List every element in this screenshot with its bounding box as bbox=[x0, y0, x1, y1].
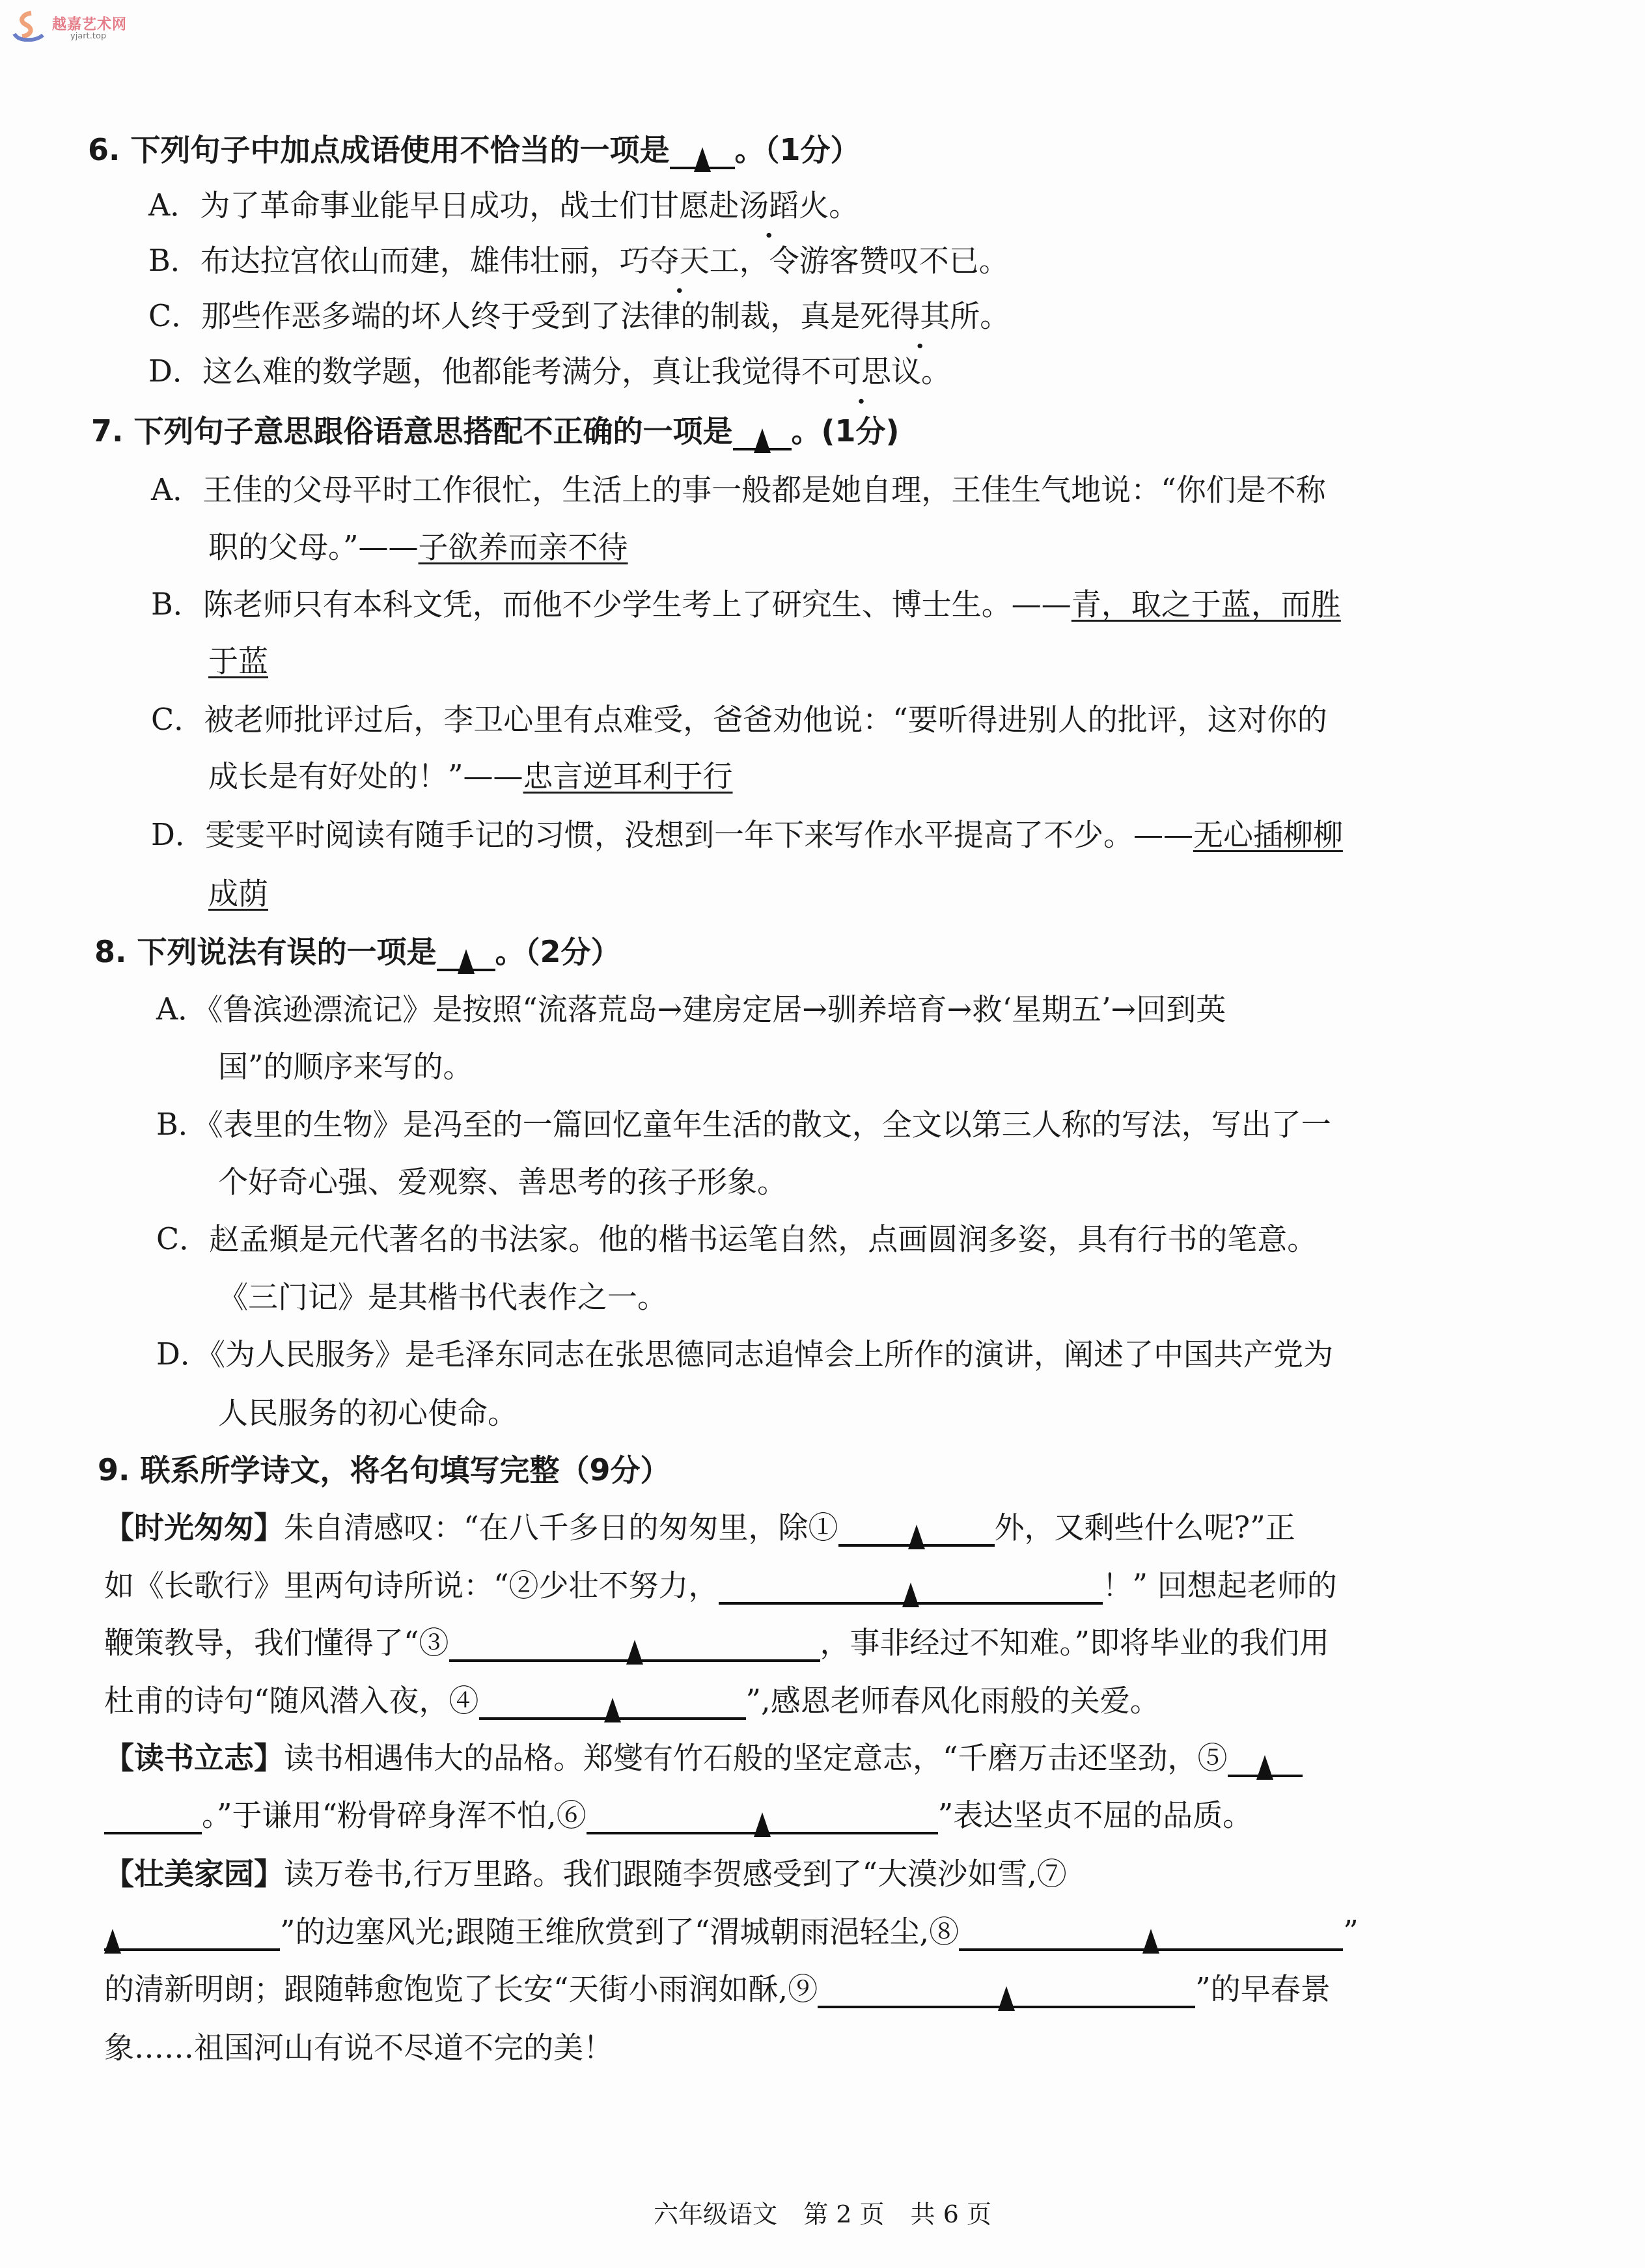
q6-option-b: B．布达拉宫依山而建，雄伟壮丽，巧夺天工，令游客赞叹不已。 bbox=[148, 241, 1009, 280]
dotted-idiom: 巧夺天工 bbox=[620, 243, 740, 278]
triangle-marker-icon bbox=[458, 949, 475, 974]
proverb: 青，取之于蓝，而胜 bbox=[1071, 587, 1341, 622]
fill-blank-9[interactable] bbox=[818, 1973, 1195, 2008]
footer-page: 第 2 页 bbox=[803, 2200, 884, 2228]
proverb: 无心插柳柳 bbox=[1193, 817, 1343, 852]
triangle-marker-icon bbox=[908, 1525, 925, 1549]
triangle-marker-icon bbox=[694, 147, 711, 172]
answer-blank[interactable] bbox=[670, 134, 735, 169]
footer-total: 共 6 页 bbox=[911, 2200, 991, 2228]
proverb: 成荫 bbox=[208, 876, 268, 911]
fill-blank-4[interactable] bbox=[479, 1685, 746, 1720]
q8-option-b-line2: 个好奇心强、爱观察、善思考的孩子形象。 bbox=[218, 1162, 787, 1201]
dotted-idiom: 死得其所 bbox=[860, 298, 980, 333]
q7-option-b-line1: B．陈老师只有本科文凭，而他不少学生考上了研究生、博士生。——青，取之于蓝，而胜 bbox=[151, 585, 1341, 624]
fill-blank-8[interactable] bbox=[959, 1916, 1343, 1951]
q9-p2-line1: 【读书立志】读书相遇伟大的品格。郑燮有竹石般的坚定意志，“千磨万击还坚劲，⑤ bbox=[104, 1738, 1303, 1777]
watermark-url: yjart.top bbox=[70, 31, 106, 41]
q8-option-d-line2: 人民服务的初心使命。 bbox=[218, 1393, 518, 1432]
q7-option-c-line2: 成长是有好处的！”——忠言逆耳利于行 bbox=[208, 756, 733, 795]
q7-option-b-line2: 于蓝 bbox=[208, 641, 268, 680]
q9-p3-line4: 象……祖国河山有说不尽道不完的美！ bbox=[104, 2028, 613, 2067]
q8-option-b-line1: B．《表里的生物》是冯至的一篇回忆童年生活的散文，全文以第三人称的写法，写出了一 bbox=[156, 1105, 1331, 1144]
fill-blank-5[interactable] bbox=[1228, 1742, 1303, 1777]
page-footer: 六年级语文 第 2 页 共 6 页 bbox=[0, 2194, 1645, 2230]
fill-blank-3[interactable] bbox=[449, 1627, 820, 1662]
q9-p1-line3: 鞭策教导，我们懂得了“③，事非经过不知难。”即将毕业的我们用 bbox=[104, 1623, 1329, 1662]
q7-stem: 7. 下列句子意思跟俗语意思搭配不正确的一项是。(1分) bbox=[91, 411, 900, 450]
triangle-marker-icon bbox=[754, 428, 771, 453]
fill-blank-2[interactable] bbox=[719, 1570, 1103, 1605]
q9-p1-line2: 如《长歌行》里两句诗所说：“②少壮不努力，！” 回想起老师的 bbox=[104, 1566, 1337, 1605]
answer-blank[interactable] bbox=[733, 415, 792, 450]
fill-blank-5-cont[interactable] bbox=[104, 1799, 202, 1834]
q8-option-c-line2: 《三门记》是其楷书代表作之一。 bbox=[218, 1277, 667, 1316]
watermark-title: 越嘉艺术网 bbox=[52, 13, 127, 33]
watermark: 越嘉艺术网 yjart.top bbox=[7, 5, 150, 44]
triangle-marker-icon bbox=[604, 1698, 621, 1722]
q7-option-a-line2: 职的父母。”——子欲养而亲不待 bbox=[208, 527, 628, 566]
proverb: 子欲养而亲不待 bbox=[419, 529, 628, 564]
q6-stem: 6. 下列句子中加点成语使用不恰当的一项是。（1分） bbox=[88, 130, 861, 169]
triangle-marker-icon bbox=[104, 1929, 121, 1954]
triangle-marker-icon bbox=[626, 1640, 643, 1665]
triangle-marker-icon bbox=[1142, 1929, 1159, 1954]
q9-p2-line2: 。”于谦用“粉骨碎身浑不怕,⑥”表达坚贞不屈的品质。 bbox=[104, 1795, 1252, 1834]
triangle-marker-icon bbox=[1256, 1755, 1273, 1780]
q7-option-a-line1: A．王佳的父母平时工作很忙，生活上的事一般都是她自理，王佳生气地说：“你们是不称 bbox=[151, 470, 1326, 509]
q9-stem: 9. 联系所学诗文，将名句填写完整（9分） bbox=[98, 1450, 670, 1489]
proverb: 于蓝 bbox=[208, 643, 268, 678]
triangle-marker-icon bbox=[754, 1812, 771, 1837]
q9-p1-line1: 【时光匆匆】朱自清感叹：“在八千多日的匆匆里，除①外，又剩些什么呢?”正 bbox=[104, 1508, 1295, 1547]
q9-p3-line1: 【壮美家园】读万卷书,行万里路。我们跟随李贺感受到了“大漠沙如雪,⑦ bbox=[104, 1854, 1067, 1893]
q9-p3-line3: 的清新明朗；跟随韩愈饱览了长安“天街小雨润如酥,⑨”的早春景 bbox=[104, 1969, 1331, 2008]
q8-option-c-line1: C．赵孟頫是元代著名的书法家。他的楷书运笔自然，点画圆润多姿，具有行书的笔意。 bbox=[156, 1219, 1317, 1258]
q9-p3-line2: ”的边塞风光;跟随王维欣赏到了“渭城朝雨浥轻尘,⑧” bbox=[104, 1912, 1359, 1951]
fill-blank-6[interactable] bbox=[587, 1799, 938, 1834]
q9-p1-line4: 杜甫的诗句“随风潜入夜，④”,感恩老师春风化雨般的关爱。 bbox=[104, 1681, 1160, 1720]
q6-option-d: D．这么难的数学题，他都能考满分，真让我觉得不可思议。 bbox=[148, 352, 951, 391]
q8-option-a-line1: A．《鲁滨逊漂流记》是按照“流落荒岛→建房定居→驯养培育→救‘星期五’→回到英 bbox=[156, 989, 1226, 1029]
q6-option-c: C．那些作恶多端的坏人终于受到了法律的制裁，真是死得其所。 bbox=[148, 296, 1010, 335]
fill-blank-7[interactable] bbox=[104, 1916, 280, 1951]
q8-option-d-line1: D．《为人民服务》是毛泽东同志在张思德同志追悼会上所作的演讲，阐述了中国共产党为 bbox=[156, 1335, 1333, 1374]
triangle-marker-icon bbox=[998, 1986, 1015, 2011]
q6-option-a: A．为了革命事业能早日成功，战士们甘愿赴汤蹈火。 bbox=[148, 186, 859, 225]
triangle-marker-icon bbox=[902, 1583, 919, 1607]
site-logo-icon bbox=[12, 10, 46, 42]
q7-option-d-line2: 成荫 bbox=[208, 874, 268, 913]
proverb: 忠言逆耳利于行 bbox=[523, 758, 733, 794]
fill-blank-1[interactable] bbox=[838, 1512, 995, 1547]
dotted-idiom: 赴汤蹈火 bbox=[709, 187, 829, 223]
dotted-idiom: 不可思议 bbox=[801, 353, 921, 389]
q7-option-d-line1: D．雯雯平时阅读有随手记的习惯，没想到一年下来写作水平提高了不少。——无心插柳柳 bbox=[151, 815, 1343, 854]
footer-subject: 六年级语文 bbox=[654, 2200, 777, 2228]
q8-option-a-line2: 国”的顺序来写的。 bbox=[218, 1047, 473, 1086]
answer-blank[interactable] bbox=[437, 936, 495, 971]
q7-option-c-line1: C．被老师批评过后，李卫心里有点难受，爸爸劝他说：“要听得进别人的批评，这对你的 bbox=[151, 700, 1327, 739]
q8-stem: 8. 下列说法有误的一项是。（2分） bbox=[94, 932, 621, 971]
